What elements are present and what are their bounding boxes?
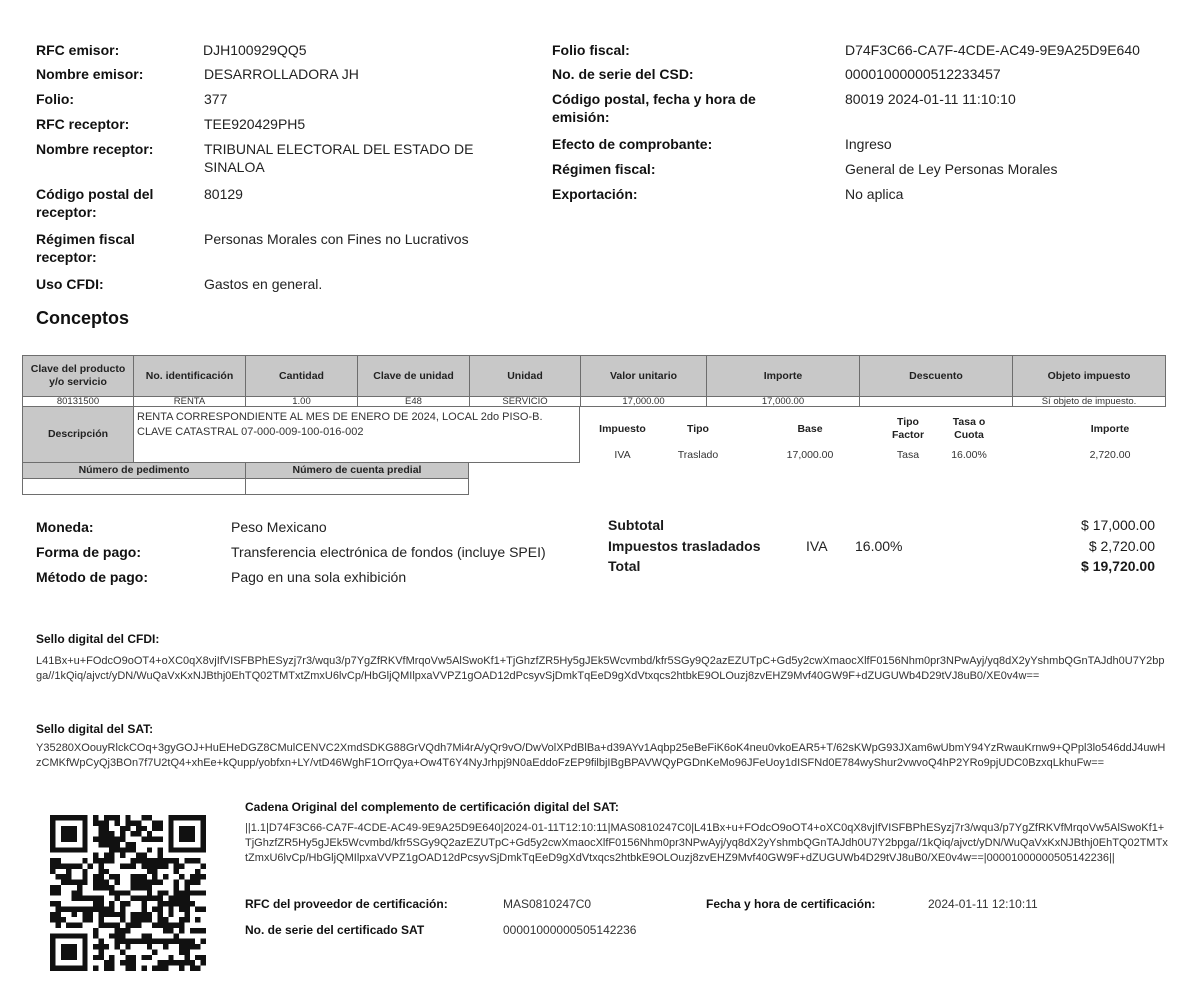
moneda-value: Peso Mexicano [231, 518, 327, 536]
moneda-label: Moneda: [36, 518, 94, 536]
th-clave-producto: Clave del producto y/o servicio [22, 355, 134, 397]
tax-th-tipo: Tipo [668, 423, 728, 436]
impuestos-trasladados-label: Impuestos trasladados [608, 537, 761, 555]
folio-fiscal-value: D74F3C66-CA7F-4CDE-AC49-9E9A25D9E640 [845, 41, 1185, 59]
metodo-pago-label: Método de pago: [36, 568, 148, 586]
regimen-fiscal-label: Régimen fiscal: [552, 160, 845, 178]
folio-value: 377 [204, 90, 514, 108]
rfc-receptor-value: TEE920429PH5 [204, 115, 514, 133]
sello-sat-text: Y35280XOouyRlckCOq+3gyGOJ+HuEHeDGZ8CMulC… [36, 741, 1166, 771]
td-objeto-impuesto: Sí objeto de impuesto. [1012, 396, 1166, 407]
cp-fecha-emision-label: Código postal, fecha y hora de emisión: [552, 90, 792, 126]
rfc-receptor-label: RFC receptor: [36, 115, 204, 133]
serie-certificado-label: No. de serie del certificado SAT [245, 923, 424, 937]
th-importe: Importe [706, 355, 860, 397]
rfc-emisor-value: DJH100929QQ5 [203, 41, 513, 59]
nombre-receptor-label: Nombre receptor: [36, 140, 204, 176]
th-no-identificacion: No. identificación [133, 355, 246, 397]
info-row-exportacion: Exportación: No aplica [552, 185, 1185, 203]
info-row-folio-fiscal: Folio fiscal: D74F3C66-CA7F-4CDE-AC49-9E… [552, 41, 1185, 59]
nombre-receptor-value: TRIBUNAL ELECTORAL DEL ESTADO DE SINALOA [204, 140, 524, 176]
rfc-proveedor-value: MAS0810247C0 [503, 897, 591, 911]
th-unidad: Unidad [469, 355, 581, 397]
tax-td-tipo-factor: Tasa [888, 449, 928, 461]
regimen-receptor-label: Régimen fiscal receptor: [36, 230, 164, 266]
cadena-original-title: Cadena Original del complemento de certi… [245, 800, 619, 814]
descripcion-value: RENTA CORRESPONDIENTE AL MES DE ENERO DE… [133, 406, 580, 463]
fecha-certificacion-label: Fecha y hora de certificación: [706, 897, 875, 911]
tax-td-base: 17,000.00 [770, 449, 850, 461]
rfc-proveedor-label: RFC del proveedor de certificación: [245, 897, 448, 911]
forma-pago-label: Forma de pago: [36, 543, 141, 561]
tax-td-importe: 2,720.00 [1070, 449, 1150, 461]
regimen-fiscal-value: General de Ley Personas Morales [845, 160, 1185, 178]
tax-td-tipo: Traslado [668, 449, 728, 461]
th-cantidad: Cantidad [245, 355, 358, 397]
cp-fecha-emision-value: 80019 2024-01-11 11:10:10 [845, 90, 1185, 126]
tax-th-importe: Importe [1070, 423, 1150, 436]
serie-csd-label: No. de serie del CSD: [552, 65, 845, 83]
cuenta-predial-label: Número de cuenta predial [245, 462, 469, 479]
cp-receptor-value: 80129 [204, 185, 514, 221]
qr-code-icon [50, 815, 206, 971]
uso-cfdi-value: Gastos en general. [204, 275, 514, 293]
th-clave-unidad: Clave de unidad [357, 355, 470, 397]
th-descuento: Descuento [859, 355, 1013, 397]
td-valor-unitario: 17,000.00 [580, 396, 707, 407]
total-label: Total [608, 557, 640, 575]
tax-th-impuesto: Impuesto [585, 423, 660, 436]
info-row-rfc-receptor: RFC receptor: TEE920429PH5 [36, 115, 514, 133]
conceptos-title: Conceptos [36, 308, 129, 329]
cp-receptor-label: Código postal del receptor: [36, 185, 176, 221]
info-row-regimen-fiscal: Régimen fiscal: General de Ley Personas … [552, 160, 1185, 178]
impuestos-tipo: IVA [806, 537, 828, 555]
nombre-emisor-label: Nombre emisor: [36, 65, 204, 83]
impuestos-value: $ 2,720.00 [1000, 537, 1155, 555]
tax-th-tasa-cuota: Tasa o Cuota [944, 416, 994, 442]
uso-cfdi-label: Uso CFDI: [36, 275, 204, 293]
efecto-label: Efecto de comprobante: [552, 135, 845, 153]
serie-certificado-value: 00001000000505142236 [503, 923, 636, 937]
rfc-emisor-label: RFC emisor: [36, 41, 204, 59]
folio-fiscal-label: Folio fiscal: [552, 41, 845, 59]
info-row-efecto: Efecto de comprobante: Ingreso [552, 135, 1185, 153]
sello-sat-title: Sello digital del SAT: [36, 722, 153, 736]
td-importe: 17,000.00 [706, 396, 860, 407]
info-row-serie-csd: No. de serie del CSD: 000010000005122334… [552, 65, 1185, 83]
tax-td-tasa-cuota: 16.00% [944, 449, 994, 461]
cadena-original-text: ||1.1|D74F3C66-CA7F-4CDE-AC49-9E9A25D9E6… [245, 821, 1170, 866]
total-value: $ 19,720.00 [1000, 557, 1155, 575]
exportacion-value: No aplica [845, 185, 1185, 203]
cuenta-predial-value [245, 478, 469, 495]
serie-csd-value: 00001000000512233457 [845, 65, 1185, 83]
th-objeto-impuesto: Objeto impuesto [1012, 355, 1166, 397]
subtotal-value: $ 17,000.00 [1000, 516, 1155, 534]
exportacion-label: Exportación: [552, 185, 845, 203]
regimen-receptor-value: Personas Morales con Fines no Lucrativos [204, 230, 544, 266]
info-row-cp-fecha-emision: Código postal, fecha y hora de emisión: … [552, 90, 1185, 126]
forma-pago-value: Transferencia electrónica de fondos (inc… [231, 543, 546, 561]
tax-th-base: Base [770, 423, 850, 436]
info-row-folio: Folio: 377 [36, 90, 514, 108]
metodo-pago-value: Pago en una sola exhibición [231, 568, 406, 586]
sello-cfdi-text: L41Bx+u+FOdcO9oOT4+oXC0qX8vjIfVISFBPhESy… [36, 654, 1166, 684]
impuestos-tasa: 16.00% [855, 537, 902, 555]
subtotal-label: Subtotal [608, 516, 664, 534]
fecha-certificacion-value: 2024-01-11 12:10:11 [928, 897, 1038, 911]
info-row-rfc-emisor: RFC emisor: DJH100929QQ5 [36, 41, 513, 59]
td-descuento [859, 396, 1013, 407]
info-row-regimen-receptor: Régimen fiscal receptor: Personas Morale… [36, 230, 544, 266]
th-valor-unitario: Valor unitario [580, 355, 707, 397]
descripcion-label: Descripción [22, 406, 134, 463]
folio-label: Folio: [36, 90, 204, 108]
efecto-value: Ingreso [845, 135, 1185, 153]
nombre-emisor-value: DESARROLLADORA JH [204, 65, 514, 83]
sello-cfdi-title: Sello digital del CFDI: [36, 632, 159, 646]
pedimento-label: Número de pedimento [22, 462, 246, 479]
info-row-cp-receptor: Código postal del receptor: 80129 [36, 185, 514, 221]
info-row-uso-cfdi: Uso CFDI: Gastos en general. [36, 275, 514, 293]
info-row-nombre-receptor: Nombre receptor: TRIBUNAL ELECTORAL DEL … [36, 140, 524, 176]
tax-td-impuesto: IVA [585, 449, 660, 461]
pedimento-value [22, 478, 246, 495]
info-row-nombre-emisor: Nombre emisor: DESARROLLADORA JH [36, 65, 514, 83]
tax-th-tipo-factor: Tipo Factor [888, 416, 928, 442]
